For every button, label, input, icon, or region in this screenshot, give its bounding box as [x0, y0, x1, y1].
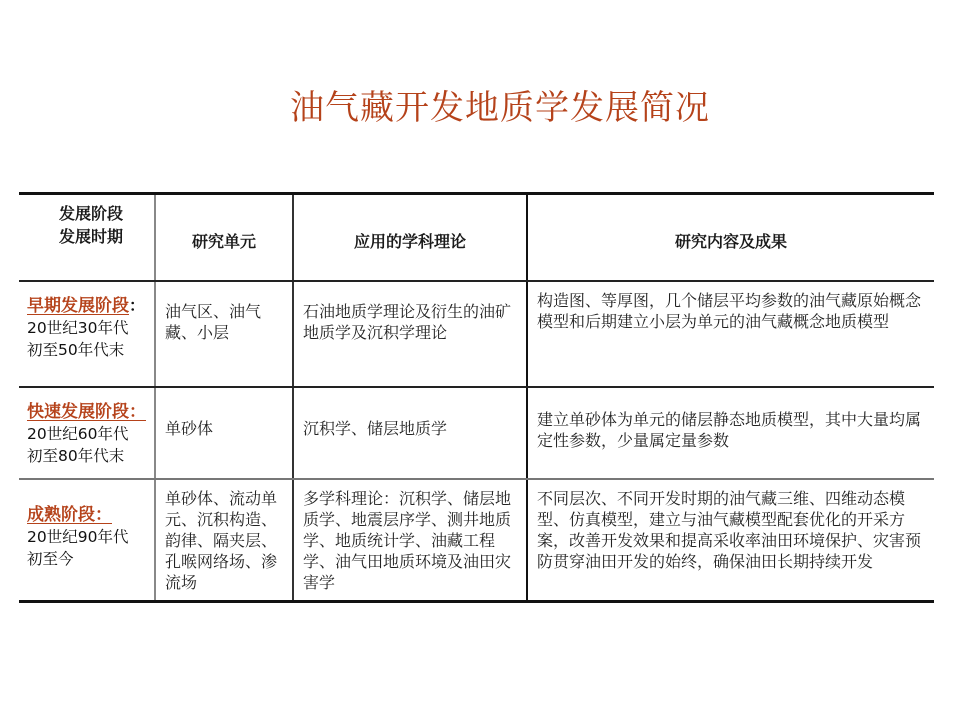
- theory-text: 沉积学、储层地质学: [294, 388, 526, 439]
- research-unit-cell: 单砂体、流动单元、沉积构造、韵律、隔夹层、孔喉网络场、渗流场: [155, 479, 293, 602]
- header-cell-research-unit: 研究单元: [155, 194, 293, 282]
- header-research-unit-label: 研究单元: [156, 195, 292, 253]
- research-unit-cell: 单砂体: [155, 387, 293, 479]
- stage-cell: 成熟阶段： 20世纪90年代 初至今: [19, 479, 155, 602]
- table-header-row: 发展阶段 发展时期 研究单元 应用的学科理论 研究内容及成果: [19, 194, 934, 282]
- header-content-label: 研究内容及成果: [528, 195, 934, 253]
- table-row: 快速发展阶段： 20世纪60年代 初至80年代末 单砂体 沉积学、储层地质学 建…: [19, 387, 934, 479]
- header-period-label: 发展时期: [59, 225, 154, 248]
- period-line-2: 初至80年代末: [27, 445, 150, 467]
- header-theory-label: 应用的学科理论: [294, 195, 526, 253]
- content-text: 不同层次、不同开发时期的油气藏三维、四维动态模型、仿真模型，建立与油气藏模型配套…: [528, 480, 934, 572]
- header-cell-theory: 应用的学科理论: [293, 194, 527, 282]
- period-line-1: 20世纪30年代: [27, 317, 150, 339]
- header-stage-label: 发展阶段: [59, 202, 154, 225]
- stage-label: 成熟阶段：: [27, 505, 112, 525]
- header-cell-content: 研究内容及成果: [527, 194, 934, 282]
- header-cell-stage-period: 发展阶段 发展时期: [19, 194, 155, 282]
- content-text: 构造图、等厚图，几个储层平均参数的油气藏原始概念模型和后期建立小层为单元的油气藏…: [528, 282, 934, 332]
- content-cell: 不同层次、不同开发时期的油气藏三维、四维动态模型、仿真模型，建立与油气藏模型配套…: [527, 479, 934, 602]
- stage-label: 早期发展阶段: [27, 296, 129, 316]
- page-title: 油气藏开发地质学发展简况: [0, 80, 960, 129]
- theory-text: 多学科理论：沉积学、储层地质学、地震层序学、测井地质学、地质统计学、油藏工程学、…: [294, 480, 526, 593]
- content-cell: 构造图、等厚图，几个储层平均参数的油气藏原始概念模型和后期建立小层为单元的油气藏…: [527, 281, 934, 387]
- theory-cell: 多学科理论：沉积学、储层地质学、地震层序学、测井地质学、地质统计学、油藏工程学、…: [293, 479, 527, 602]
- research-unit-text: 油气区、油气藏、小层: [156, 282, 292, 343]
- content-cell: 建立单砂体为单元的储层静态地质模型，其中大量均属定性参数，少量属定量参数: [527, 387, 934, 479]
- stage-label: 快速发展阶段：: [27, 402, 146, 422]
- content-text: 建立单砂体为单元的储层静态地质模型，其中大量均属定性参数，少量属定量参数: [528, 388, 934, 451]
- period-line-2: 初至50年代末: [27, 339, 150, 361]
- theory-cell: 石油地质学理论及衍生的油矿地质学及沉积学理论: [293, 281, 527, 387]
- research-unit-text: 单砂体、流动单元、沉积构造、韵律、隔夹层、孔喉网络场、渗流场: [156, 480, 292, 593]
- stage-cell: 早期发展阶段： 20世纪30年代 初至50年代末: [19, 281, 155, 387]
- period-line-1: 20世纪90年代: [27, 526, 150, 548]
- period-line-1: 20世纪60年代: [27, 423, 150, 445]
- research-unit-text: 单砂体: [156, 388, 292, 439]
- theory-text: 石油地质学理论及衍生的油矿地质学及沉积学理论: [294, 282, 526, 343]
- table-row: 早期发展阶段： 20世纪30年代 初至50年代末 油气区、油气藏、小层 石油地质…: [19, 281, 934, 387]
- theory-cell: 沉积学、储层地质学: [293, 387, 527, 479]
- table-row: 成熟阶段： 20世纪90年代 初至今 单砂体、流动单元、沉积构造、韵律、隔夹层、…: [19, 479, 934, 602]
- development-history-table: 发展阶段 发展时期 研究单元 应用的学科理论 研究内容及成果 早期发展阶段： 2…: [19, 192, 934, 603]
- stage-colon: ：: [129, 296, 145, 315]
- research-unit-cell: 油气区、油气藏、小层: [155, 281, 293, 387]
- period-line-2: 初至今: [27, 548, 150, 570]
- stage-cell: 快速发展阶段： 20世纪60年代 初至80年代末: [19, 387, 155, 479]
